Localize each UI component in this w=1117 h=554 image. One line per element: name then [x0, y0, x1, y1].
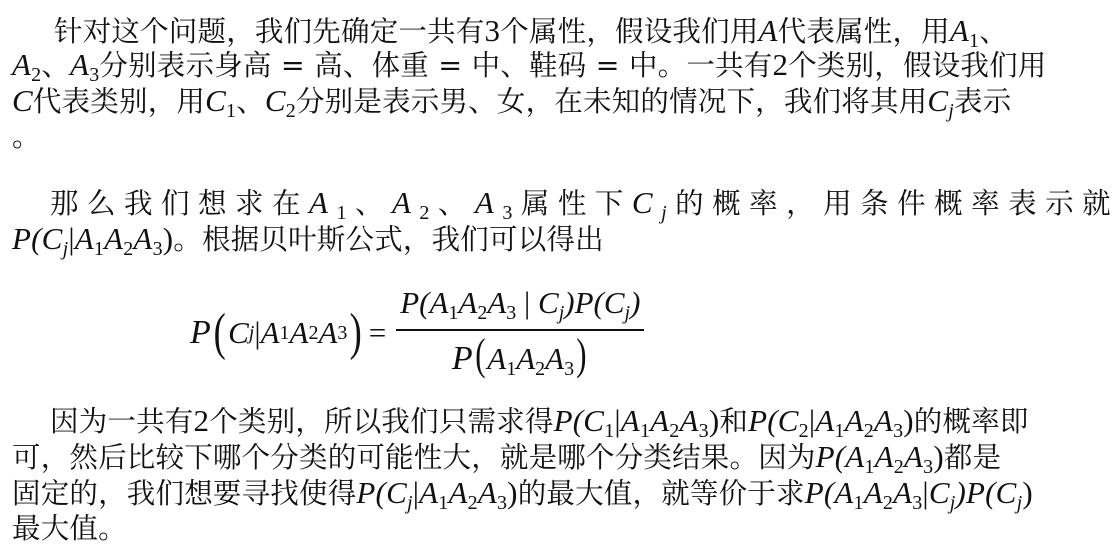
denominator: P(A1A2A3) — [452, 331, 589, 381]
text: 、 — [236, 85, 265, 118]
subscript: 2 — [799, 420, 809, 442]
math-var: A — [309, 185, 336, 220]
math-var: A — [290, 315, 309, 351]
subscript: 2 — [123, 238, 133, 260]
text: 分别是表示男、女，在未知的情况下，我们将其用 — [296, 85, 927, 118]
math-expr: P( — [748, 403, 778, 438]
math-expr: P( — [400, 285, 429, 320]
subscript: 3 — [337, 322, 347, 345]
text: 表示 — [954, 85, 1011, 118]
text: 代表属性，用 — [778, 15, 950, 48]
math-var: A — [545, 341, 564, 376]
math-var: A — [318, 315, 337, 351]
numerator: P(A1A2A3 | Cj)P(Cj) — [396, 285, 644, 329]
subscript: 1 — [226, 100, 236, 122]
math-paren: ) — [709, 403, 720, 438]
math-var: A — [864, 475, 883, 510]
math-var: A — [875, 439, 894, 474]
math-paren: ( — [213, 307, 225, 359]
math-var: A — [487, 341, 506, 376]
math-var: C — [927, 83, 948, 118]
number: 3 — [485, 13, 501, 48]
text: 因为一共有 — [50, 405, 194, 438]
text: 个类别，假设我们用 — [788, 49, 1046, 82]
math-var: A — [475, 185, 502, 220]
math-var: A — [950, 13, 969, 48]
math-expr: P( — [356, 475, 386, 510]
text: 最大值。 — [12, 512, 127, 545]
text: 的概率即 — [914, 405, 1029, 438]
subscript: 3 — [506, 302, 516, 324]
text: 、 — [41, 49, 70, 82]
text: 和 — [719, 405, 748, 438]
math-paren: ) — [163, 221, 174, 256]
bayes-formula: P ( Cj|A1A2A3 ) = P(A1A2A3 | Cj)P(Cj) P(… — [190, 288, 644, 378]
math-var: A — [487, 285, 506, 320]
math-paren: ) — [350, 307, 362, 359]
math-var: C — [265, 83, 286, 118]
subscript: j — [661, 202, 675, 224]
subscript: 1 — [448, 302, 458, 324]
subscript: 2 — [419, 202, 438, 224]
text: 分别表示身高 = 高、体重 = 中、鞋码 = 中。一共有 — [99, 49, 772, 82]
subscript: 2 — [864, 420, 874, 442]
text: 。 — [12, 120, 41, 153]
math-var: C — [12, 83, 33, 118]
subscript: 1 — [336, 202, 355, 224]
subscript: 1 — [280, 322, 290, 345]
text: 那么我们想求在 — [50, 187, 309, 220]
paragraph-2-line-2: P(Cj|A1A2A3)。根据贝叶斯公式，我们可以得出 — [12, 222, 604, 266]
math-var: A — [12, 47, 31, 82]
math-var: A — [261, 315, 280, 351]
math-var: A — [419, 475, 438, 510]
number: 2 — [773, 47, 789, 82]
math-expr: P( — [12, 221, 42, 256]
math-var: C — [929, 475, 950, 510]
math-var: A — [448, 475, 467, 510]
math-var: C — [42, 221, 63, 256]
text: 都是 — [944, 441, 1001, 474]
math-paren: ) — [933, 439, 944, 474]
math-var: C — [386, 475, 407, 510]
subscript: 3 — [699, 420, 709, 442]
subscript: 1 — [604, 420, 614, 442]
math-var: C — [996, 475, 1017, 510]
paragraph-3-line-4: 最大值。 — [12, 512, 127, 546]
text: 可，然后比较下哪个分类的可能性大，就是哪个分类结果。因为 — [12, 441, 816, 474]
math-paren: ) — [507, 475, 518, 510]
math-expr: P( — [805, 475, 835, 510]
math-paren: ( — [475, 333, 485, 377]
math-var: A — [478, 475, 497, 510]
math-var: A — [845, 403, 864, 438]
math-paren: ) — [576, 333, 586, 377]
text: 个类别，所以我们只需求得 — [209, 405, 553, 438]
subscript: 3 — [89, 64, 99, 86]
fraction: P(A1A2A3 | Cj)P(Cj) P(A1A2A3) — [396, 285, 644, 381]
math-var: A — [650, 403, 669, 438]
math-expr: )P( — [955, 475, 995, 510]
subscript: 1 — [854, 492, 864, 514]
math-expr: P( — [554, 403, 584, 438]
text: 、 — [355, 187, 392, 220]
subscript: 2 — [468, 492, 478, 514]
math-var: C — [228, 315, 249, 351]
math-var: A — [893, 475, 912, 510]
text: 的概率，用条件概率表示就是 — [675, 187, 1117, 220]
text: 代表类别，用 — [33, 85, 205, 118]
text: 。根据贝叶斯公式，我们可以得出 — [173, 223, 604, 256]
subscript: 2 — [669, 420, 679, 442]
text: 针对这个问题，我们先确定一共有 — [54, 15, 485, 48]
equals-sign: = — [369, 315, 386, 351]
paragraph-1-line-3: C代表类别，用C1、C2分别是表示男、女，在未知的情况下，我们将其用Cj表示 — [12, 84, 1011, 128]
math-bar: | — [516, 285, 538, 320]
math-var: A — [458, 285, 477, 320]
text: 个属性，假设我们用 — [500, 15, 758, 48]
paragraph-3-line-3: 固定的，我们想要寻找使得P(Cj|A1A2A3)的最大值，就等价于求P(A1A2… — [12, 476, 1033, 520]
math-var: C — [583, 403, 604, 438]
math-var: C — [778, 403, 799, 438]
subscript: 3 — [893, 420, 903, 442]
subscript: 2 — [477, 302, 487, 324]
math-var: P — [452, 340, 473, 377]
subscript: 3 — [564, 358, 574, 380]
math-paren: ) — [903, 403, 914, 438]
math-var: A — [874, 403, 893, 438]
math-var: C — [538, 285, 559, 320]
subscript: 3 — [502, 202, 521, 224]
math-paren: ) — [1022, 475, 1033, 510]
math-var: A — [679, 403, 698, 438]
math-var: P — [190, 314, 211, 352]
text: 的最大值，就等价于求 — [518, 477, 805, 510]
math-var: C — [632, 185, 661, 220]
text: 固定的，我们想要寻找使得 — [12, 477, 356, 510]
math-var: A — [75, 221, 94, 256]
math-var: A — [104, 221, 123, 256]
subscript: 2 — [535, 358, 545, 380]
number: 2 — [194, 403, 210, 438]
math-var: A — [834, 475, 853, 510]
math-var: A — [429, 285, 448, 320]
subscript: 2 — [308, 322, 318, 345]
math-var: A — [621, 403, 640, 438]
math-var: A — [70, 47, 89, 82]
paragraph-1-line-4: 。 — [12, 120, 41, 154]
math-var: C — [604, 285, 625, 320]
math-var: C — [205, 83, 226, 118]
subscript: 3 — [497, 492, 507, 514]
math-var: A — [759, 13, 778, 48]
math-var: A — [133, 221, 152, 256]
math-var: A — [516, 341, 535, 376]
text: 、 — [979, 15, 1008, 48]
math-var: A — [904, 439, 923, 474]
text: 属性下 — [521, 187, 632, 220]
math-expr: P( — [816, 439, 846, 474]
math-var: A — [845, 439, 864, 474]
math-var: A — [815, 403, 834, 438]
text: 、 — [438, 187, 475, 220]
subscript: 1 — [94, 238, 104, 260]
subscript: 3 — [153, 238, 163, 260]
math-paren: ) — [630, 285, 640, 320]
math-expr: )P( — [564, 285, 604, 320]
subscript: 2 — [883, 492, 893, 514]
math-var: A — [392, 185, 419, 220]
subscript: 1 — [438, 492, 448, 514]
subscript: 1 — [640, 420, 650, 442]
subscript: 1 — [506, 358, 516, 380]
subscript: 2 — [286, 100, 296, 122]
subscript: 3 — [912, 492, 922, 514]
